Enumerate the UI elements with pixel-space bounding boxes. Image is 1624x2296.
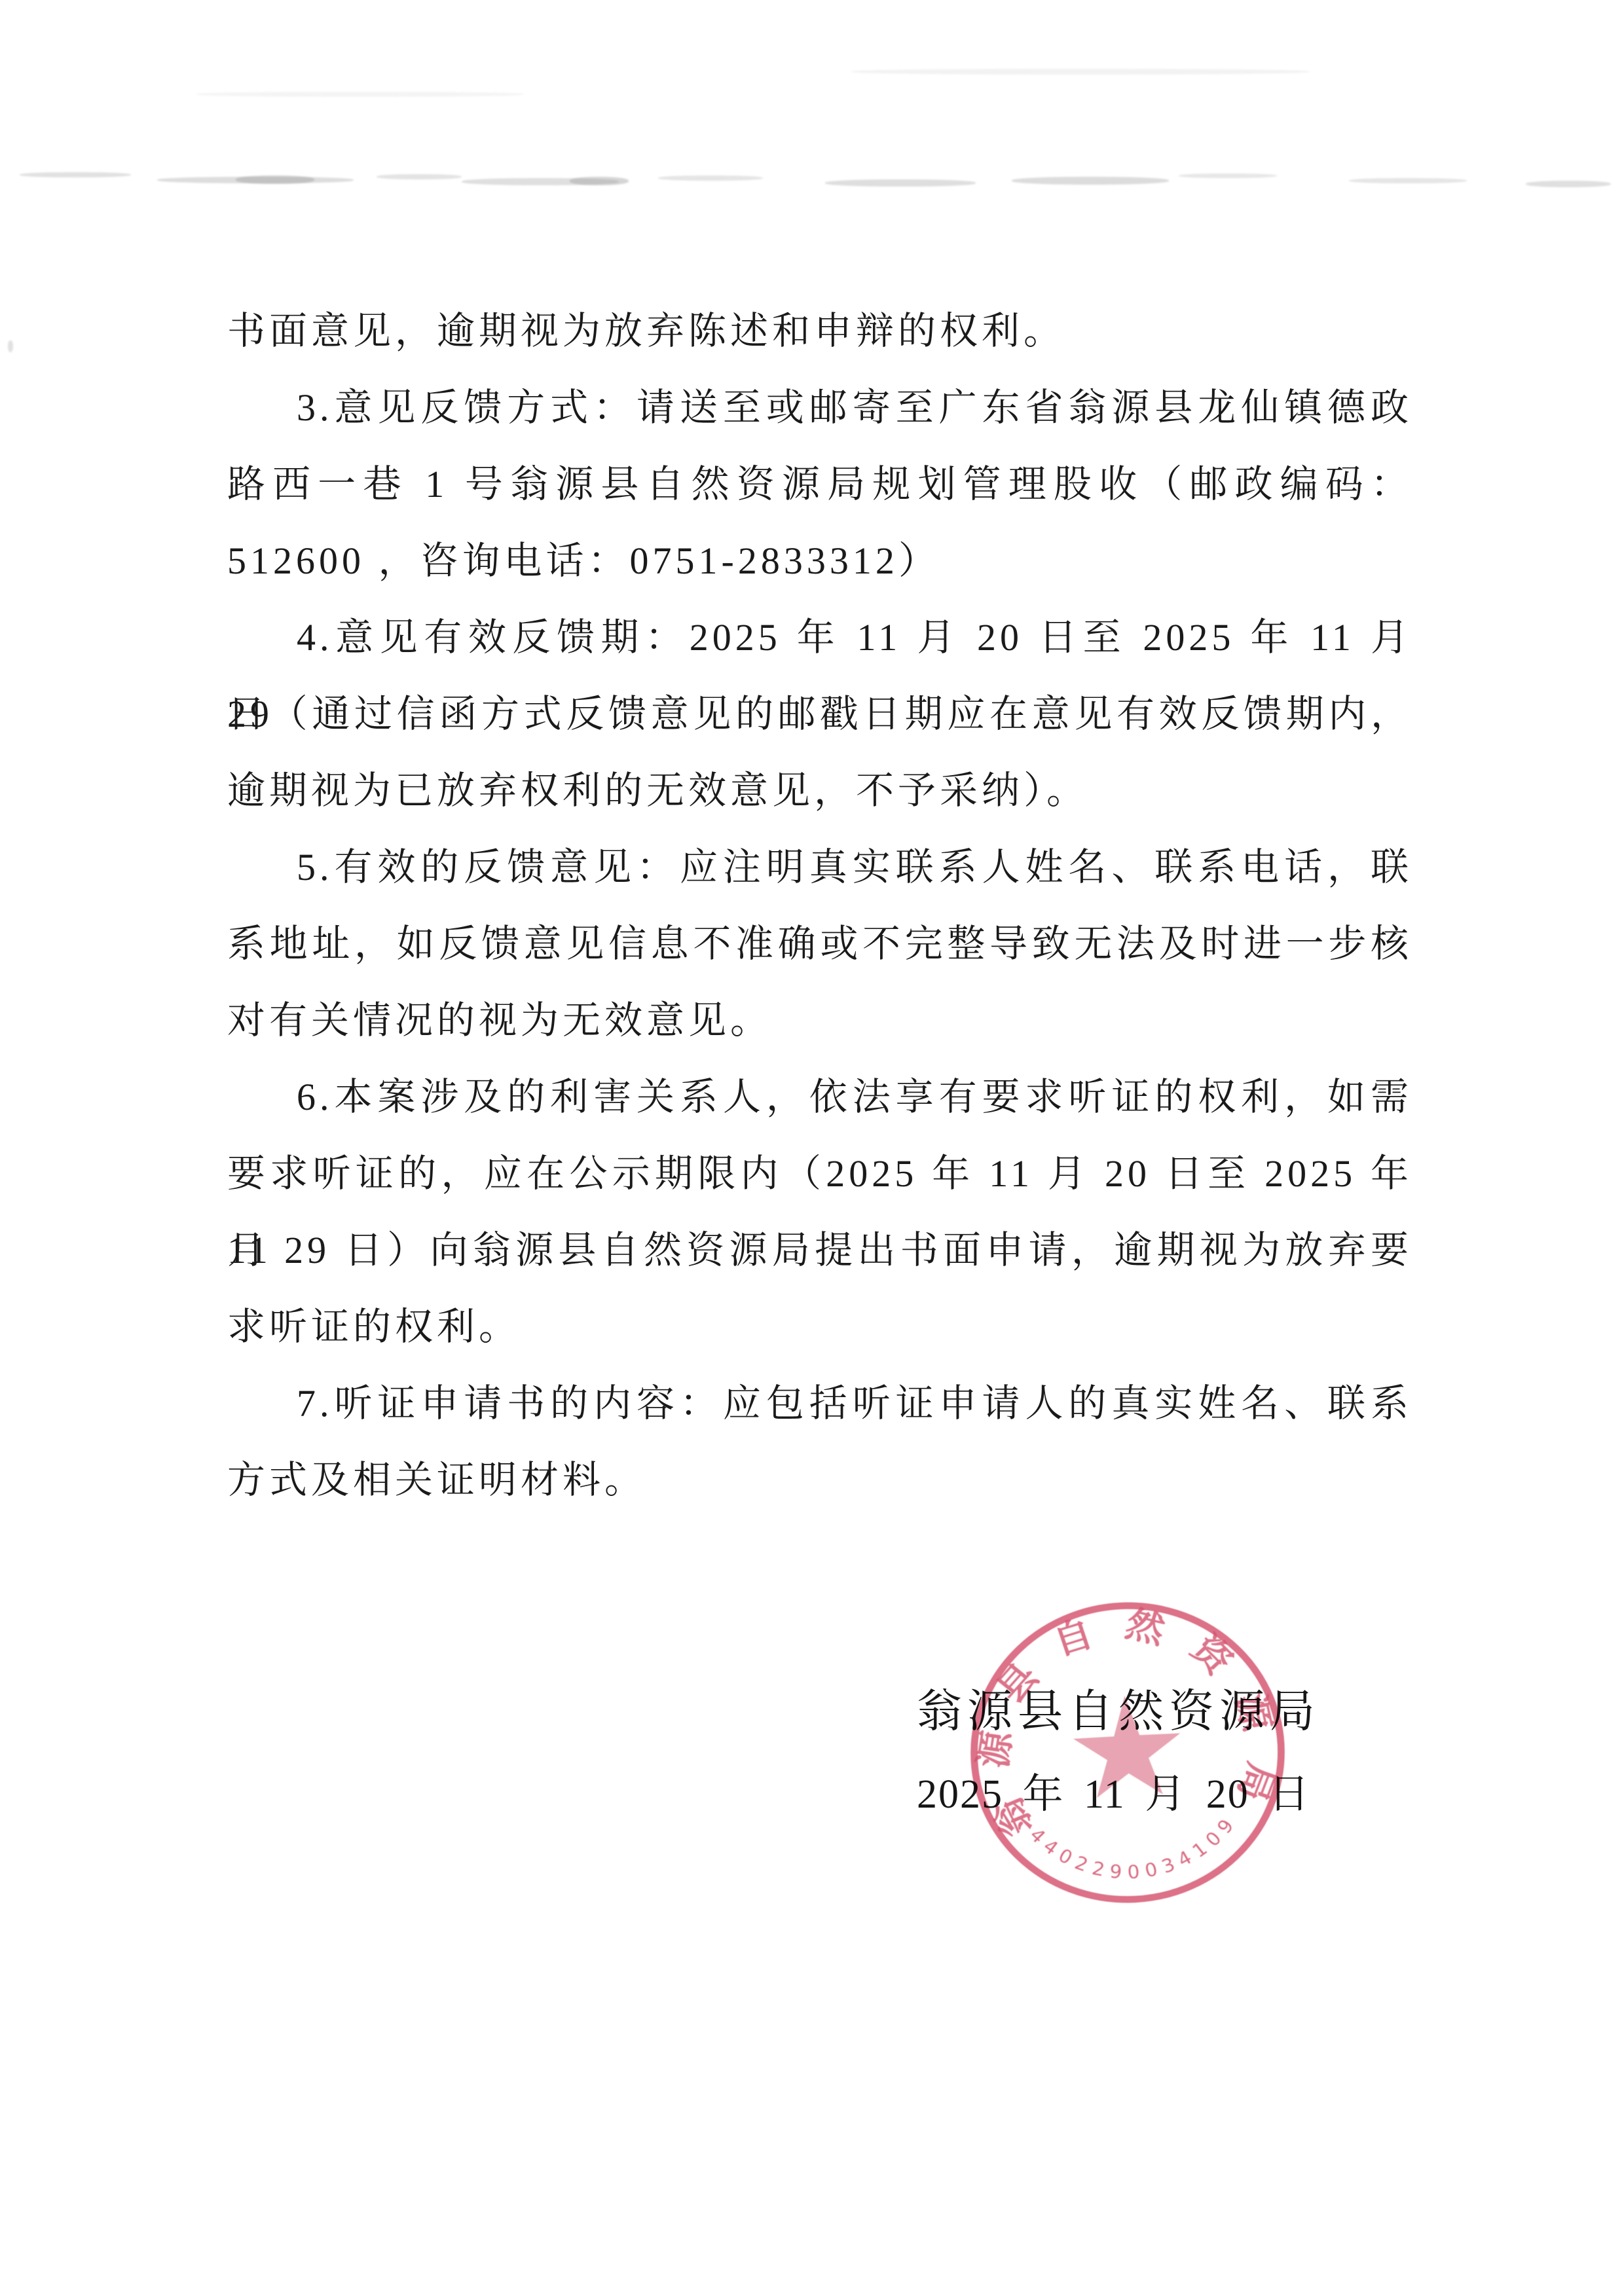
text-line: 6.本案涉及的利害关系人，依法享有要求听证的权利，如需 xyxy=(227,1059,1412,1135)
text-line: 要求听证的，应在公示期限内（2025 年 11 月 20 日至 2025 年 1… xyxy=(227,1135,1412,1212)
scan-artifact xyxy=(1526,181,1611,187)
text-line: 路西一巷 1 号翁源县自然资源局规划管理股收（邮政编码： xyxy=(227,446,1412,522)
text-line: 书面意见，逾期视为放弃陈述和申辩的权利。 xyxy=(227,293,1412,369)
scan-artifact xyxy=(20,172,131,177)
text-line: 7.听证申请书的内容：应包括听证申请人的真实姓名、联系 xyxy=(227,1365,1412,1442)
scan-artifact xyxy=(236,175,314,184)
text-line: 对有关情况的视为无效意见。 xyxy=(227,982,1412,1059)
text-line: 5.有效的反馈意见：应注明真实联系人姓名、联系电话，联 xyxy=(227,829,1412,905)
scan-artifact xyxy=(658,175,763,181)
text-line: 日（通过信函方式反馈意见的邮戳日期应在意见有效反馈期内， xyxy=(227,676,1412,752)
scan-artifact xyxy=(851,69,1310,75)
text-line: 方式及相关证明材料。 xyxy=(227,1442,1412,1518)
scan-artifact xyxy=(377,174,462,179)
text-line: 逾期视为已放弃权利的无效意见，不予采纳）。 xyxy=(227,752,1412,829)
scan-artifact xyxy=(1012,177,1169,185)
scan-artifact xyxy=(825,179,976,187)
official-seal-stamp: 翁源县自然资源局 4402290034109 xyxy=(953,1585,1302,1920)
seal-star-icon xyxy=(1071,1693,1183,1799)
scan-artifact xyxy=(8,340,13,352)
text-line: 系地址，如反馈意见信息不准确或不完整导致无法及时进一步核 xyxy=(227,905,1412,982)
scan-artifact xyxy=(1349,178,1467,183)
scan-artifact xyxy=(196,92,524,97)
notice-body: 书面意见，逾期视为放弃陈述和申辩的权利。3.意见反馈方式：请送至或邮寄至广东省翁… xyxy=(227,293,1412,1518)
text-line: 求听证的权利。 xyxy=(227,1288,1412,1365)
text-line: 3.意见反馈方式：请送至或邮寄至广东省翁源县龙仙镇德政 xyxy=(227,369,1412,446)
text-line: 月 29 日）向翁源县自然资源局提出书面申请，逾期视为放弃要 xyxy=(227,1212,1412,1288)
text-line: 4.意见有效反馈期：2025 年 11 月 20 日至 2025 年 11 月 … xyxy=(227,599,1412,676)
scan-artifact xyxy=(1179,173,1277,178)
text-line: 512600 ，咨询电话：0751-2833312） xyxy=(227,522,1412,599)
scanned-page: 书面意见，逾期视为放弃陈述和申辩的权利。3.意见反馈方式：请送至或邮寄至广东省翁… xyxy=(0,0,1624,2296)
scan-artifact xyxy=(570,177,629,185)
